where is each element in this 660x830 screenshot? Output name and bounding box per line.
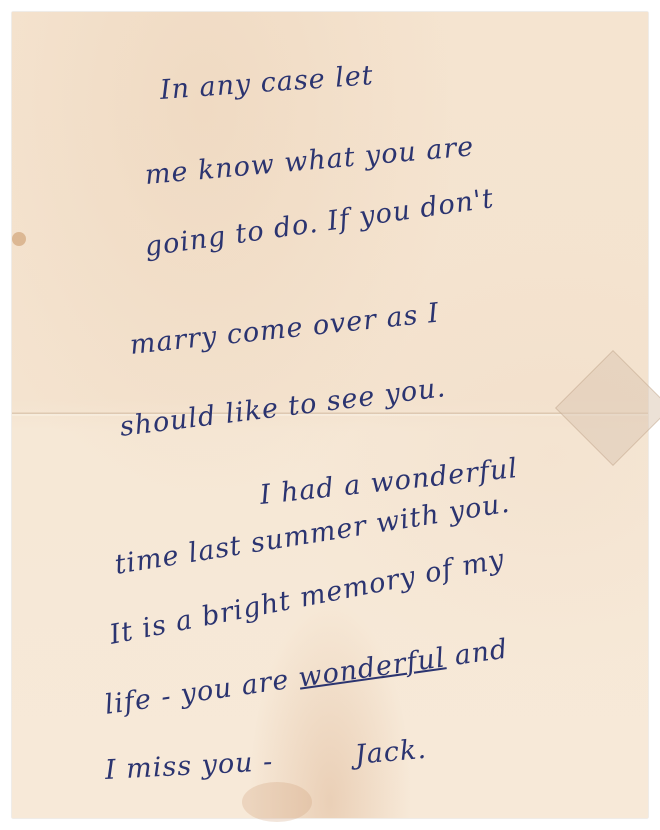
signature: Jack. <box>354 734 428 771</box>
stain <box>12 232 26 246</box>
stain <box>242 782 312 822</box>
torn-corner <box>555 350 660 466</box>
